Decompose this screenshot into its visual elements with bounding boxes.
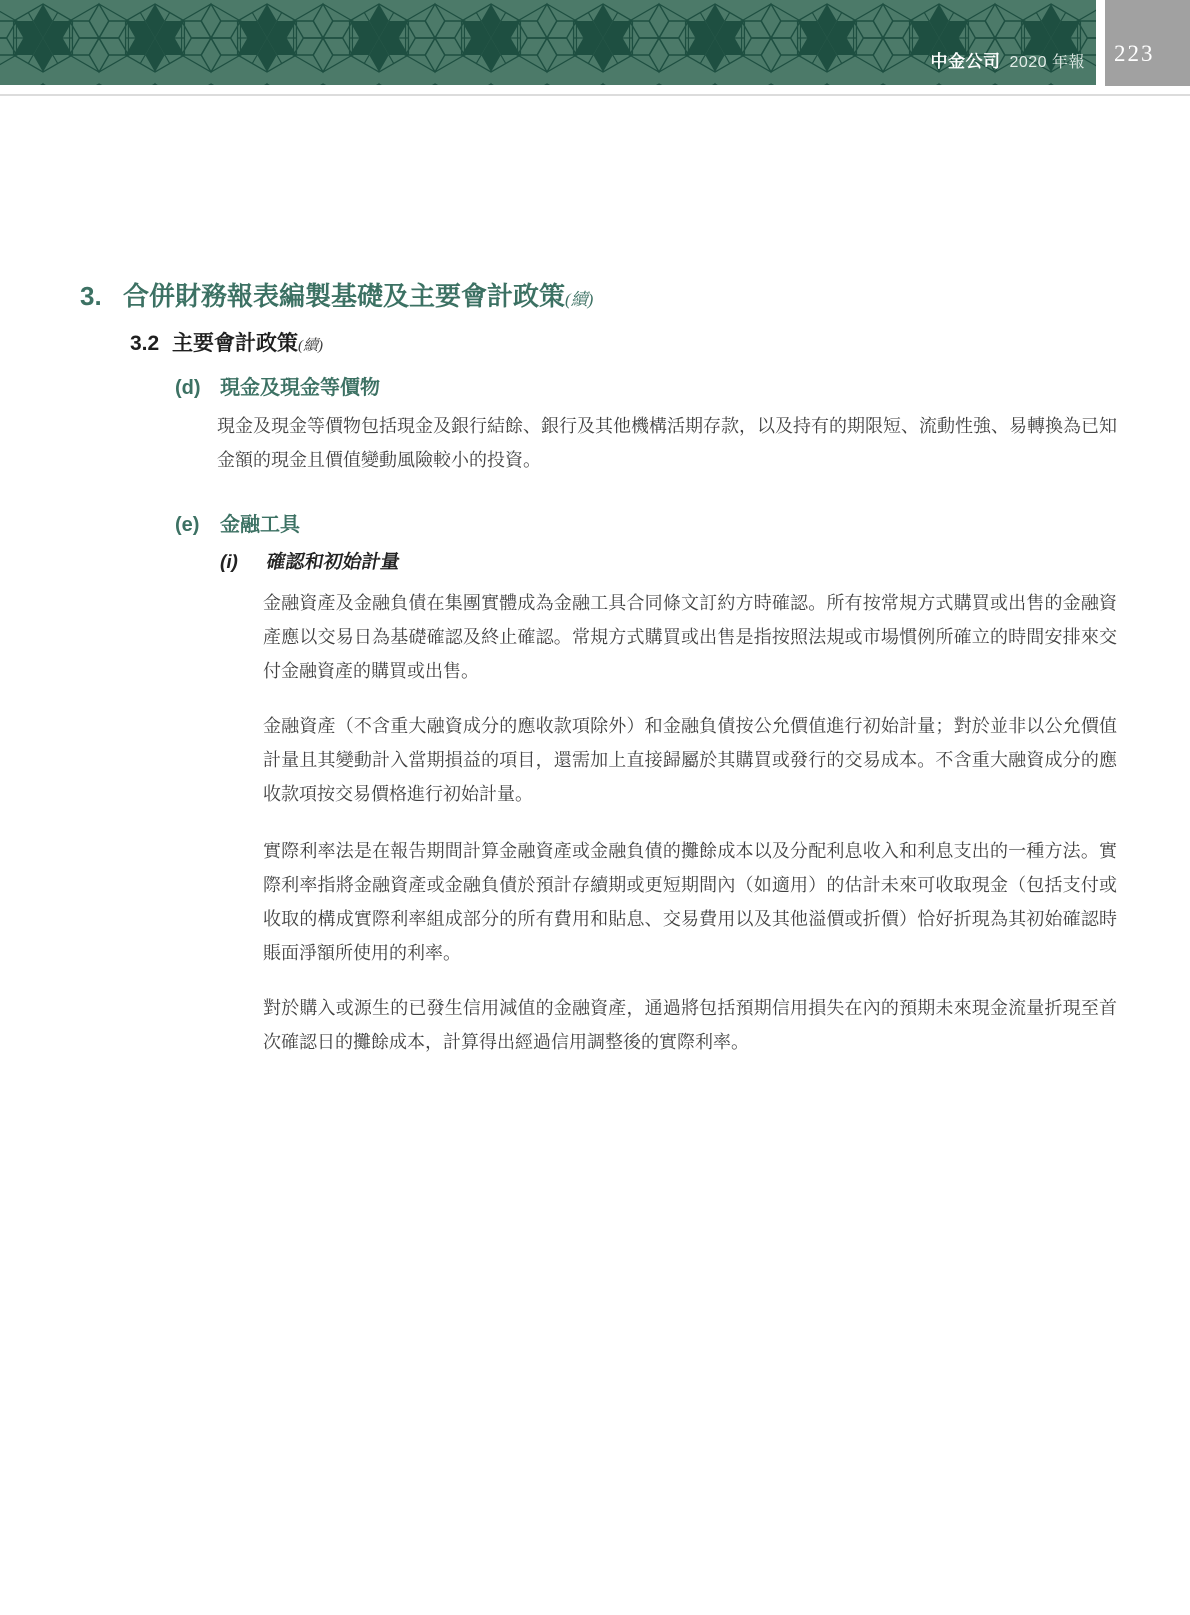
item-i-paragraph-2: 金融資產（不含重大融資成分的應收款項除外）和金融負債按公允價值進行初始計量；對於… <box>263 709 1117 811</box>
item-i-title: 確認和初始計量 <box>265 547 403 574</box>
subsection-continued-marker: (續) <box>298 338 323 354</box>
item-d-heading: (d)現金及現金等價物 <box>175 371 380 400</box>
subsection-number: 3.2 <box>130 332 172 356</box>
report-brand: 中金公司2020 年報 <box>930 47 1085 72</box>
item-i-paragraph-1: 金融資產及金融負債在集團實體成為金融工具合同條文訂約方時確認。所有按常規方式購買… <box>263 586 1117 688</box>
item-e-heading: (e)金融工具 <box>175 508 300 537</box>
item-i-heading: (i)確認和初始計量 <box>220 547 400 574</box>
report-page: 中金公司2020 年報 223 3.合併財務報表編製基礎及主要會計政策(續) 3… <box>0 0 1190 1615</box>
header-divider <box>0 94 1190 96</box>
company-name: 中金公司 <box>930 52 1000 71</box>
item-d-paragraph: 現金及現金等價物包括現金及銀行結餘、銀行及其他機構活期存款，以及持有的期限短、流… <box>217 409 1117 477</box>
item-i-label: (i) <box>218 552 269 574</box>
page-number-box: 223 <box>1105 0 1190 86</box>
header-band: 中金公司2020 年報 <box>0 0 1096 85</box>
item-d-title: 現金及現金等價物 <box>220 377 380 399</box>
asanoha-pattern-icon <box>0 0 1096 85</box>
item-i-paragraph-4: 對於購入或源生的已發生信用減值的金融資產，通過將包括預期信用損失在內的預期未來現… <box>263 991 1117 1059</box>
item-i-paragraph-3: 實際利率法是在報告期間計算金融資產或金融負債的攤餘成本以及分配利息收入和利息支出… <box>263 834 1117 970</box>
item-e-title: 金融工具 <box>220 514 300 536</box>
section-continued-marker: (續) <box>565 290 593 309</box>
report-year: 2020 年報 <box>1009 54 1085 71</box>
section-number: 3. <box>80 281 123 312</box>
section-heading: 3.合併財務報表編製基礎及主要會計政策(續) <box>80 276 593 313</box>
subsection-title: 主要會計政策 <box>172 332 298 355</box>
item-e-label: (e) <box>175 514 220 537</box>
subsection-heading: 3.2主要會計政策(續) <box>130 327 323 357</box>
page-number: 223 <box>1114 41 1155 67</box>
item-d-label: (d) <box>175 377 220 400</box>
section-title: 合併財務報表編製基礎及主要會計政策 <box>123 281 565 311</box>
